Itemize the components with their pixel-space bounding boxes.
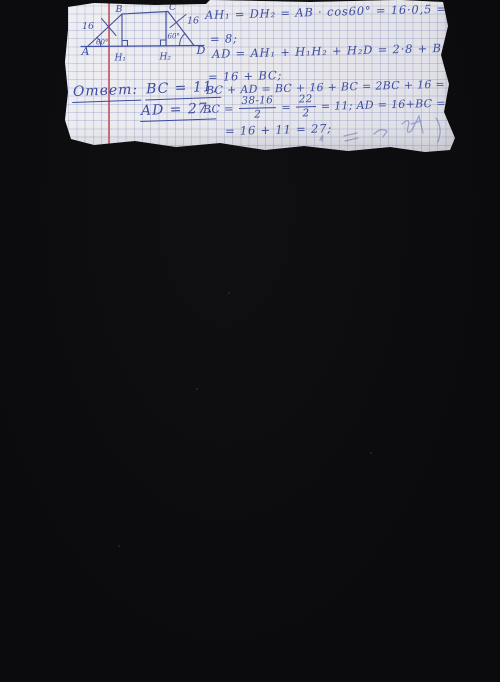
vertex-label-a: A xyxy=(81,45,90,58)
angle-label-a: 60° xyxy=(96,39,108,47)
photo-background: A B C D H₁ H₂ 16 16 60° 60° AH₁ = DH₂ = … xyxy=(0,0,500,682)
ink-bleed-marks xyxy=(310,110,450,152)
foot-label-h2: H₂ xyxy=(159,53,172,63)
work-line-2: = 8; xyxy=(210,31,238,46)
line6-eq: = xyxy=(281,101,291,114)
answer-label: Ответ: xyxy=(72,82,142,103)
vertex-label-d: D xyxy=(196,44,206,57)
dust-speck xyxy=(370,452,372,454)
dust-speck xyxy=(228,292,230,294)
fraction-1: 38-16 2 xyxy=(238,95,276,121)
trapezoid-diagram: A B C D H₁ H₂ 16 16 60° 60° xyxy=(80,2,212,66)
right-angle-mark-h1 xyxy=(122,41,128,47)
answer-bc: BC = 11, xyxy=(145,79,222,101)
vertex-label-c: C xyxy=(169,2,177,13)
notebook-paper: A B C D H₁ H₂ 16 16 60° 60° AH₁ = DH₂ = … xyxy=(60,0,460,154)
angle-label-d: 60° xyxy=(168,33,180,41)
angle-arc-d xyxy=(180,34,186,46)
work-line-1: AH₁ = DH₂ = AB · cos60° = 16·0,5 = xyxy=(205,2,447,22)
right-angle-mark-h2 xyxy=(161,40,167,46)
vertex-label-b: B xyxy=(115,4,123,15)
side-length-ab: 16 xyxy=(82,21,94,32)
answer-ad: AD = 27. xyxy=(140,100,217,122)
side-length-cd: 16 xyxy=(187,16,199,27)
dust-speck xyxy=(196,388,198,390)
answer-line-2: AD = 27. xyxy=(140,100,221,122)
foot-label-h1: H₁ xyxy=(114,54,126,64)
work-line-3: AD = AH₁ + H₁H₂ + H₂D = 2·8 + BC = xyxy=(212,40,467,61)
dust-speck xyxy=(118,545,120,547)
